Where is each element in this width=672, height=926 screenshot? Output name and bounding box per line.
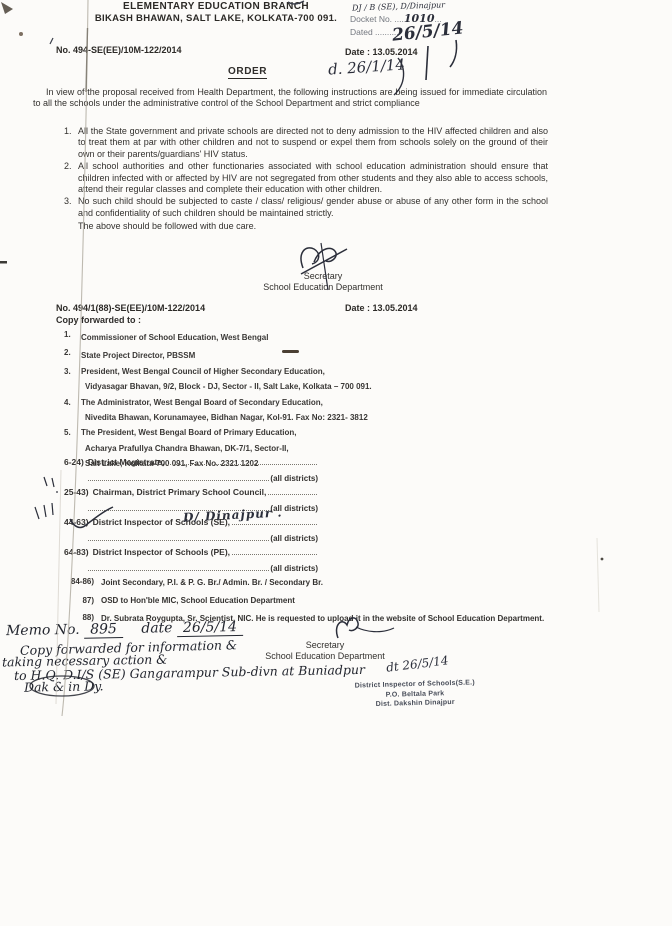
all-districts-suffix: (all districts)	[270, 474, 318, 483]
recipient-row: 2. State Project Director, PBSSM	[64, 345, 484, 363]
all-districts-suffix: (all districts)	[270, 534, 318, 543]
recipient-number: 2.	[64, 345, 81, 363]
order-item-number: 2.	[64, 161, 78, 195]
office-stamp: District Inspector of Schools(S.E.) P.O.…	[336, 678, 495, 711]
recipient-row: 4. The Administrator, West Bengal Board …	[64, 395, 484, 426]
dotted-leader	[232, 524, 317, 525]
fold-line	[597, 538, 599, 612]
recipient-number: 3.	[64, 364, 81, 395]
memo-number: 895	[84, 621, 123, 639]
scanned-document-page: ELEMENTARY EDUCATION BRANCH BIKASH BHAWA…	[0, 0, 672, 926]
recipient-list: 1. Commissioner of School Education, Wes…	[64, 327, 484, 472]
recipient-address-line: Acharya Prafullya Chandra Bhawan, DK-7/1…	[81, 441, 484, 456]
letterhead-address: BIKASH BHAWAN, SALT LAKE, KOLKATA-700 09…	[40, 13, 392, 24]
order-title: ORDER	[228, 66, 267, 79]
margin-tick-marks	[35, 477, 58, 519]
dotted-leader	[268, 494, 317, 495]
ink-speck	[601, 558, 604, 561]
district-label: Chairman, District Primary School Counci…	[93, 487, 267, 497]
district-range: 25-43)	[64, 487, 89, 497]
district-range: 64-83)	[64, 547, 89, 557]
order-item: 3. No such child should be subjected to …	[64, 196, 548, 219]
docket-number-label: Docket No. ....	[350, 14, 404, 24]
dotted-leader	[166, 464, 317, 465]
forwarding-ref-no: No. 494/1(88)-SE(EE)/10M-122/2014	[56, 303, 205, 313]
docket-annotation: DJ / B (SE), D/Dinajpur	[352, 0, 445, 12]
extra-text: Joint Secondary, P.I. & P. G. Br./ Admin…	[101, 574, 323, 590]
extra-recipient-list: 84-86) Joint Secondary, P.I. & P. G. Br.…	[64, 574, 546, 626]
order-item-number: 1.	[64, 126, 78, 160]
dotted-leader	[88, 540, 269, 541]
signatory-title: Secretary	[240, 640, 410, 651]
memo-date: 26/5/14	[177, 619, 243, 637]
recipient-address-line: Nivedita Bhawan, Korunamayee, Bidhan Nag…	[81, 410, 484, 425]
district-row: 64-83)District Inspector of Schools (PE)…	[64, 547, 318, 577]
handwritten-initial-date: d. 26/1/14	[327, 55, 405, 78]
order-item-text: All the State government and private sch…	[78, 126, 548, 160]
memo-prefix: Memo No.	[6, 622, 80, 639]
copy-forwarded-label: Copy forwarded to :	[56, 315, 141, 325]
letterhead: ELEMENTARY EDUCATION BRANCH BIKASH BHAWA…	[40, 1, 392, 24]
recipient-line: The Administrator, West Bengal Board of …	[81, 395, 484, 410]
extra-recipient-row: 87) OSD to Hon'ble MIC, School Education…	[64, 593, 546, 609]
letterhead-branch: ELEMENTARY EDUCATION BRANCH	[40, 1, 392, 12]
recipient-line: State Project Director, PBSSM	[81, 351, 195, 360]
district-range: 6-24)	[64, 457, 84, 467]
signature-block-1: Secretary School Education Department	[238, 271, 408, 293]
district-label: District Inspector of Schools (PE),	[93, 547, 230, 557]
ink-speck	[50, 38, 53, 44]
recipient-row: 3. President, West Bengal Council of Hig…	[64, 364, 484, 395]
order-ref-no: No. 494-SE(EE)/10M-122/2014	[56, 45, 182, 55]
extra-range: 87)	[64, 593, 101, 609]
order-item: 1. All the State government and private …	[64, 126, 548, 160]
order-item: 2. All school authorities and other func…	[64, 161, 548, 195]
signature-block-2: Secretary School Education Department	[240, 640, 410, 662]
extra-text: OSD to Hon'ble MIC, School Education Dep…	[101, 593, 295, 609]
handwriting-stroke	[426, 40, 457, 80]
extra-recipient-row: 84-86) Joint Secondary, P.I. & P. G. Br.…	[64, 574, 546, 590]
district-label: District Magistrate,	[88, 457, 165, 467]
signatory-dept: School Education Department	[238, 282, 408, 293]
recipient-line: The President, West Bengal Board of Prim…	[81, 425, 484, 440]
extra-range: 84-86)	[64, 574, 101, 590]
signatory-title: Secretary	[238, 271, 408, 282]
fold-line	[86, 28, 88, 92]
edge-mark	[0, 261, 7, 264]
order-date: Date : 13.05.2014	[345, 47, 418, 57]
memo-mid: date	[127, 620, 173, 637]
ink-speck	[19, 32, 23, 36]
order-closing: The above should be followed with due ca…	[78, 221, 548, 231]
order-intro: In view of the proposal received from He…	[33, 87, 547, 110]
dotted-leader	[232, 554, 317, 555]
district-row: 6-24)District Magistrate, (all districts…	[64, 457, 318, 487]
order-items: 1. All the State government and private …	[64, 126, 548, 231]
dotted-leader	[88, 480, 269, 481]
forwarding-date: Date : 13.05.2014	[345, 303, 418, 313]
recipient-line: President, West Bengal Council of Higher…	[81, 364, 484, 379]
memo-note-line: Memo No. 895 date 26/5/14	[6, 619, 243, 639]
district-range: 44-63)	[64, 517, 89, 527]
recipient-row: 1. Commissioner of School Education, Wes…	[64, 327, 484, 345]
recipient-line: Commissioner of School Education, West B…	[81, 333, 268, 342]
dotted-leader	[88, 570, 269, 571]
order-item-number: 3.	[64, 196, 78, 219]
recipient-address-line: Vidyasagar Bhavan, 9/2, Block - DJ, Sect…	[81, 379, 484, 394]
order-item-text: All school authorities and other functio…	[78, 161, 548, 195]
order-item-text: No such child should be subjected to cas…	[78, 196, 548, 219]
recipient-number: 4.	[64, 395, 81, 426]
recipient-number: 1.	[64, 327, 81, 345]
corner-mark	[1, 2, 13, 14]
memo-note-line: Dak & in Dy.	[24, 678, 104, 694]
all-districts-suffix: (all districts)	[270, 564, 318, 573]
